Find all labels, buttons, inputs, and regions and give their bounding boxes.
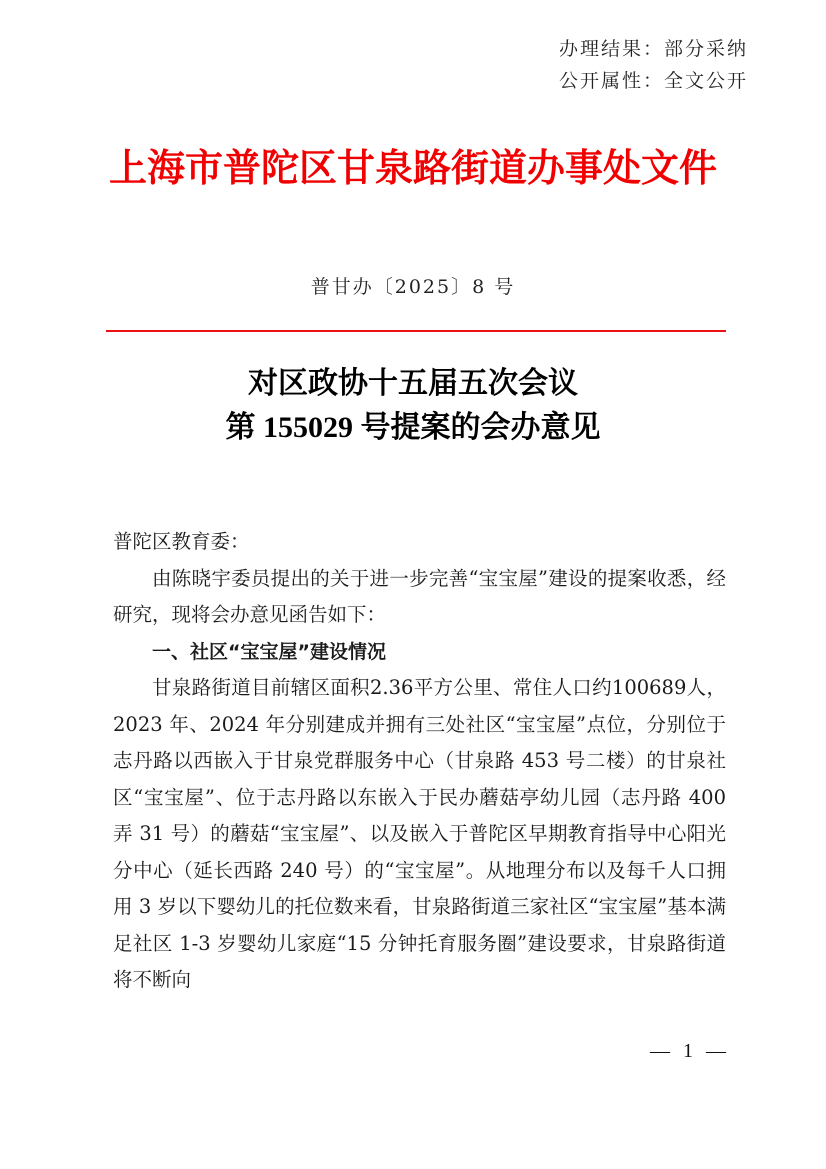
masthead-title: 上海市普陀区甘泉路街道办事处文件	[0, 138, 826, 198]
title-line-2: 第 155029 号提案的会办意见	[0, 406, 826, 450]
addressee: 普陀区教育委：	[113, 524, 726, 561]
document-page: 办理结果：部分采纳 公开属性：全文公开 上海市普陀区甘泉路街道办事处文件 普甘办…	[0, 0, 826, 1169]
handling-result: 办理结果：部分采纳	[559, 33, 748, 65]
disclosure-attribute: 公开属性：全文公开	[559, 65, 748, 97]
intro-paragraph: 由陈晓宇委员提出的关于进一步完善“宝宝屋”建设的提案收悉，经研究，现将会办意见函…	[113, 561, 726, 634]
page-number: — 1 —	[650, 1040, 730, 1063]
document-meta: 办理结果：部分采纳 公开属性：全文公开	[559, 33, 748, 97]
section-heading-1: 一、社区“宝宝屋”建设情况	[113, 634, 726, 671]
title-line-1: 对区政协十五届五次会议	[0, 362, 826, 406]
document-body: 普陀区教育委： 由陈晓宇委员提出的关于进一步完善“宝宝屋”建设的提案收悉，经研究…	[113, 524, 726, 999]
document-title: 对区政协十五届五次会议 第 155029 号提案的会办意见	[0, 362, 826, 450]
document-number: 普甘办〔2025〕8 号	[0, 272, 826, 299]
red-divider-line	[106, 330, 726, 332]
section-1-paragraph: 甘泉路街道目前辖区面积2.36平方公里、常住人口约100689人，2023 年、…	[113, 670, 726, 999]
